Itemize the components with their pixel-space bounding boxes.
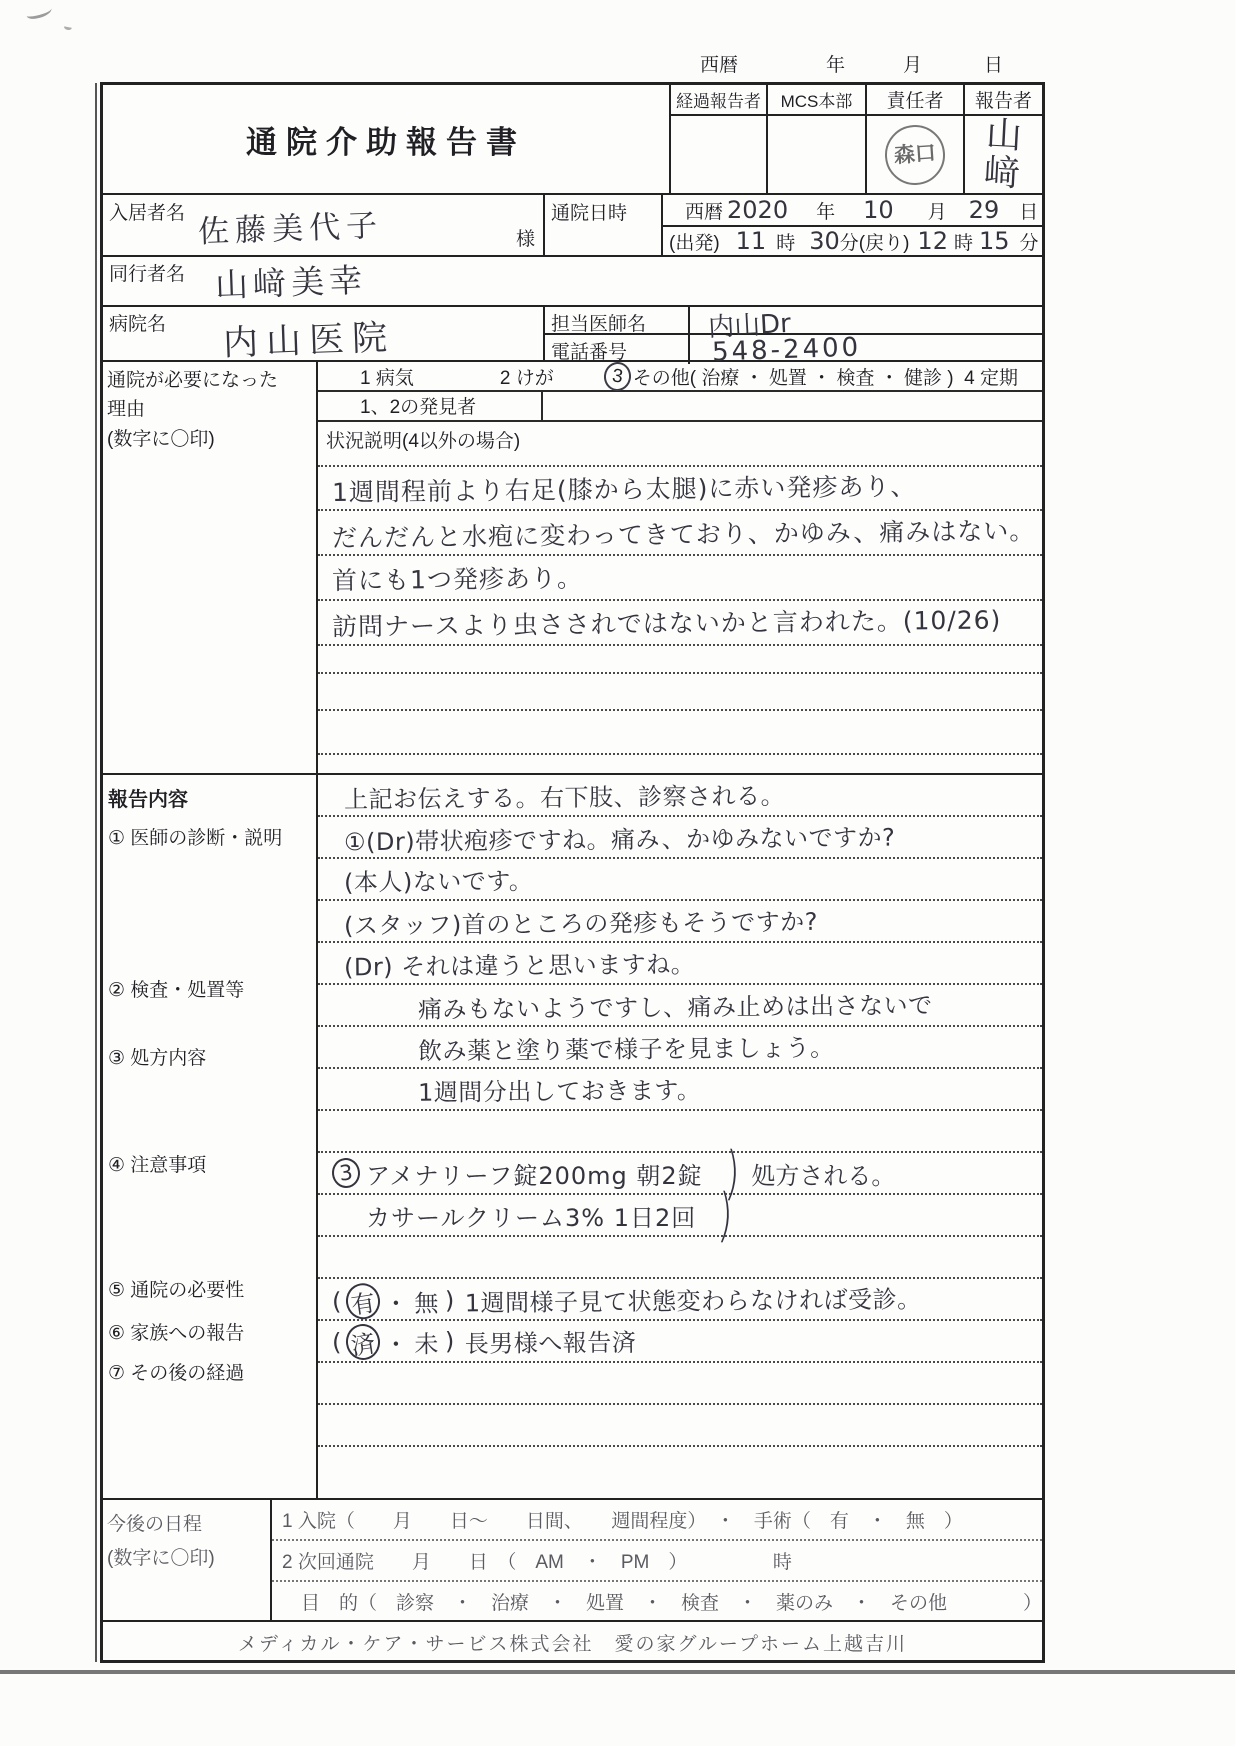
visit-necessity-line: ( 有 ・ 無 ) 1週間様子見て状態変わらなければ受診。 [318,1279,1042,1321]
return-minute-handwritten: 15 [979,227,1010,255]
resident-label: 入居者名 [109,198,185,225]
option-other-text: その他( 治療 ・ 処置 ・ 検査 ・ 健診 ) [633,363,954,390]
name-stamp: 森口 [883,122,947,186]
report-line: 痛みもないようですし、痛み止めは出さないで [318,985,1042,1027]
doctor-label: 担当医師名 [545,307,690,333]
choice-no: 無 [414,1283,439,1318]
report-item-follow-up: ⑦ その後の経過 [108,1358,244,1385]
report-empty-line [318,1405,1042,1447]
sign-column-label: 経過報告者 [671,85,766,116]
pen-scan-mark [25,3,53,20]
visit-necessity-handwritten: ( 有 ・ 無 ) 1週間様子見て状態変わらなければ受診。 [318,1278,922,1319]
resident-cell: 入居者名 佐藤美代子 様 [103,195,543,255]
situation-line: 1週間程前より右足(膝から太腿)に赤い発疹あり、 [318,467,1042,512]
hospital-row: 病院名 内山医院 担当医師名 内山Dr 電話番号 548-2400 [103,307,1042,362]
report-content: 上記お伝えする。右下肢、診察される。 ①(Dr)帯状疱疹ですね。痛み、かゆみない… [318,775,1042,1498]
scanned-form-page: 西暦 年 月 日 通院介助報告書 経過報告者 MCS本部 責任者 森口 [0,0,1235,1746]
sign-column-reporter: 報告者 山 﨑 [963,85,1042,193]
report-empty-line [318,1447,1042,1498]
doctor-value-cell: 内山Dr [690,307,1042,333]
report-empty-line [318,1111,1042,1153]
month-unit: 月 [928,197,947,224]
paren-open: ( [332,1328,342,1356]
report-text-handwritten: (本人)ないです。 [318,861,534,898]
reason-label-line: 通院が必要になった [107,366,316,395]
report-form: 通院介助報告書 経過報告者 MCS本部 責任者 森口 報告者 山 [100,82,1045,1663]
prescription-line-1: 3 アメナリーフ錠200mg 朝2錠 ) 処方される。 [318,1153,1042,1195]
report-item-diagnosis: ① 医師の診断・説明 [108,823,282,850]
reason-options-row: 1 病気 2 けが 3 その他( 治療 ・ 処置 ・ 検査 ・ 健診 ) 4 定… [318,362,1042,392]
situation-empty-line [318,711,1042,755]
schedule-purpose-row: 目 的（ 診察 ・ 治療 ・ 処置 ・ 検査 ・ 薬のみ ・ その他 ） [272,1582,1042,1620]
schedule-label-line: (数字に〇印) [107,1542,270,1576]
report-text-handwritten: 1週間分出しておきます。 [318,1070,702,1108]
schedule-content: 1 入院（ 月 日～ 日間、 週間程度） ・ 手術（ 有 ・ 無 ） 2 次回通… [272,1500,1042,1620]
family-note-handwritten: 長男様へ報告済 [465,1322,637,1358]
situation-text-handwritten: だんだんと水疱に変わってきており、かゆみ、痛みはない。 [318,511,1036,555]
phone-value-cell: 548-2400 [690,335,1042,364]
report-line: 1週間分出しておきます。 [318,1069,1042,1111]
report-line: 飲み薬と塗り薬で様子を見ましょう。 [318,1027,1042,1069]
visit-datetime-label: 通院日時 [543,195,663,255]
form-footer: メディカル・ケア・サービス株式会社 愛の家グループホーム上越吉川 [103,1622,1042,1663]
situation-empty-line [318,755,1042,773]
report-label-cell: 報告内容 ① 医師の診断・説明 ② 検査・処置等 ③ 処方内容 ④ 注意事項 ⑤… [103,775,318,1498]
report-line: (スタッフ)首のところの発疹もそうですか? [318,901,1042,943]
sign-column-label: MCS本部 [768,85,865,116]
schedule-label: 今後の日程 (数字に〇印) [103,1500,270,1576]
phone-row: 電話番号 548-2400 [545,335,1042,364]
prescription-line-2: カサールクリーム3% 1日2回 ) [318,1195,1042,1237]
schedule-label-cell: 今後の日程 (数字に〇印) [103,1500,272,1620]
grouping-paren: ) [717,1194,734,1236]
prescription-drug-1-handwritten: アメナリーフ錠200mg 朝2錠 [366,1156,703,1191]
report-line: 上記お伝えする。右下肢、診察される。 [318,775,1042,817]
circled-choice-yes: 有 [343,1281,382,1322]
sign-column-responsible: 責任者 森口 [865,85,963,193]
schedule-label-line: 今後の日程 [107,1508,270,1542]
hour-unit: 時 [776,228,795,255]
companion-name-handwritten: 山﨑美幸 [214,254,368,306]
era-label: 西暦 [700,50,738,77]
doctor-row: 担当医師名 内山Dr [545,307,1042,335]
report-text-handwritten: (Dr) それは違うと思いますね。 [318,944,695,982]
doctor-phone-block: 担当医師名 内山Dr 電話番号 548-2400 [543,307,1042,360]
option-other-selected: 3 その他( 治療 ・ 処置 ・ 検査 ・ 健診 ) [604,362,954,391]
scan-edge-line [0,1670,1235,1674]
minute-unit: 分 [1020,228,1039,255]
option-regular: 4 定期 [964,363,1018,390]
companion-row: 同行者名 山﨑美幸 [103,257,1042,307]
year-label: 年 [826,50,845,77]
signature-char: 﨑 [984,154,1022,194]
situation-line: 首にも1つ発疹あり。 [318,556,1042,601]
sign-column-label: 責任者 [867,85,963,116]
sign-column-label: 報告者 [965,85,1042,116]
report-line: (Dr) それは違うと思いますね。 [318,943,1042,985]
family-report-line: ( 済 ・ 未 ) 長男様へ報告済 [318,1321,1042,1363]
report-item-family-report: ⑥ 家族への報告 [108,1318,244,1345]
form-header: 通院介助報告書 経過報告者 MCS本部 責任者 森口 報告者 山 [103,85,1042,195]
report-section: 報告内容 ① 医師の診断・説明 ② 検査・処置等 ③ 処方内容 ④ 注意事項 ⑤… [103,775,1042,1500]
paren-close: ) [445,1327,455,1355]
departure-hour-handwritten: 11 [736,227,767,255]
sign-column-progress-reporter: 経過報告者 [669,85,766,193]
circled-choice-done: 済 [343,1322,382,1363]
situation-empty-line [318,674,1042,712]
reason-section: 通院が必要になった 理由 (数字に〇印) 1 病気 2 けが 3 その他( 治療… [103,362,1042,775]
reason-label: 通院が必要になった 理由 (数字に〇印) [103,362,316,454]
visit-datetime-values: 西暦 2020 年 10 月 29 日 (出発) 11 時 30 分(戻り) 1… [663,195,1042,255]
hospital-cell: 病院名 内山医院 [103,307,543,360]
report-text-handwritten: (スタッフ)首のところの発疹もそうですか? [318,901,818,940]
reason-label-line: 理由 [107,395,316,424]
situation-line: だんだんと水疱に変わってきており、かゆみ、痛みはない。 [318,511,1042,556]
report-section-title: 報告内容 [108,783,188,812]
report-text-handwritten: 痛みもないようですし、痛み止めは出さないで [318,985,933,1025]
report-item-visit-necessity: ⑤ 通院の必要性 [108,1275,244,1302]
report-item-prescription: ③ 処方内容 [108,1043,206,1070]
report-line: ①(Dr)帯状疱疹ですね。痛み、かゆみないですか? [318,817,1042,859]
situation-text-handwritten: 訪問ナースより虫さされではないかと言われた。(10/26) [318,601,1002,644]
prescription-drug-2-handwritten: カサールクリーム3% 1日2回 [318,1198,696,1233]
return-label: 分(戻り) [840,228,910,255]
hospital-label: 病院名 [109,309,166,336]
resident-row: 入居者名 佐藤美代子 様 通院日時 西暦 2020 年 10 月 29 日 (出… [103,195,1042,257]
paren-close: ) [445,1286,455,1314]
honorific-label: 様 [516,224,535,251]
pen-scan-mark [64,23,73,30]
report-text-handwritten: 上記お伝えする。右下肢、診察される。 [318,775,785,814]
top-date-line: 西暦 年 月 日 [700,50,1040,77]
reason-content: 1 病気 2 けが 3 その他( 治療 ・ 処置 ・ 検査 ・ 健診 ) 4 定… [318,362,1042,773]
paren-open: ( [332,1287,342,1315]
visit-date-row: 西暦 2020 年 10 月 29 日 [663,195,1042,227]
circled-prescription-number: 3 [331,1157,362,1190]
visit-year-handwritten: 2020 [727,196,788,224]
month-label: 月 [903,50,922,77]
circled-option-number: 3 [602,360,633,392]
prescription-note-handwritten: 処方される。 [751,1156,895,1191]
companion-label: 同行者名 [109,259,185,286]
situation-text-handwritten: 1週間程前より右足(膝から太腿)に赤い発疹あり、 [318,467,917,509]
return-hour-handwritten: 12 [917,227,948,255]
report-item-examination: ② 検査・処置等 [108,975,244,1002]
departure-label: (出発) [669,228,720,255]
year-unit: 年 [816,197,835,224]
situation-line: 訪問ナースより虫さされではないかと言われた。(10/26) [318,601,1042,646]
visit-time-row: (出発) 11 時 30 分(戻り) 12 時 15 分 [663,227,1042,255]
choice-separator: ・ [384,1324,409,1359]
schedule-section: 今後の日程 (数字に〇印) 1 入院（ 月 日～ 日間、 週間程度） ・ 手術（… [103,1500,1042,1622]
hour-unit: 時 [954,228,973,255]
report-item-precautions: ④ 注意事項 [108,1150,206,1177]
reason-label-cell: 通院が必要になった 理由 (数字に〇印) [103,362,318,773]
reporter-signature: 山 﨑 [984,116,1024,193]
necessity-note-handwritten: 1週間様子見て状態変わらなければ受診。 [465,1279,922,1318]
report-text-handwritten: ①(Dr)帯状疱疹ですね。痛み、かゆみないですか? [318,817,896,857]
form-title: 通院介助報告書 [246,117,526,162]
signature-char: 山 [986,116,1024,156]
era-label: 西暦 [685,197,723,224]
sign-box-reporter: 山 﨑 [965,116,1042,193]
visit-month-handwritten: 10 [863,196,894,224]
resident-name-handwritten: 佐藤美代子 [197,200,383,251]
report-empty-line [318,1363,1042,1405]
sign-column-mcs-hq: MCS本部 [766,85,865,193]
situation-label: 状況説明(4以外の場合) [318,422,1042,467]
title-cell: 通院介助報告書 [103,85,669,193]
report-empty-line [318,1237,1042,1279]
choice-separator: ・ [384,1283,409,1318]
phone-label: 電話番号 [545,335,690,364]
departure-minute-handwritten: 30 [809,227,840,255]
sign-box-empty [768,116,865,193]
visit-day-handwritten: 29 [969,196,1000,224]
schedule-next-visit-row: 2 次回通院 月 日 （ AM ・ PM ） 時 [272,1541,1042,1582]
choice-not-done: 未 [414,1324,439,1359]
family-report-handwritten: ( 済 ・ 未 ) 長男様へ報告済 [318,1322,637,1361]
hospital-name-handwritten: 内山医院 [222,310,396,366]
situation-empty-line [318,646,1042,674]
option-illness: 1 病気 [360,363,414,390]
reason-label-line: (数字に〇印) [107,425,316,454]
sign-box-empty [671,116,766,193]
option-injury: 2 けが [500,363,554,390]
day-label: 日 [984,50,1003,77]
company-name: メディカル・ケア・サービス株式会社 愛の家グループホーム上越吉川 [238,1629,907,1656]
report-text-handwritten: 飲み薬と塗り薬で様子を見ましょう。 [318,1027,835,1067]
sign-box-responsible: 森口 [867,116,963,193]
schedule-hospitalization-row: 1 入院（ 月 日～ 日間、 週間程度） ・ 手術（ 有 ・ 無 ） [272,1500,1042,1541]
finder-label: 1、2の発見者 [318,392,543,420]
situation-text-handwritten: 首にも1つ発疹あり。 [318,558,583,597]
finder-value-empty [543,392,1042,420]
finder-row: 1、2の発見者 [318,392,1042,422]
day-unit: 日 [1019,197,1038,224]
report-line: (本人)ないです。 [318,859,1042,901]
